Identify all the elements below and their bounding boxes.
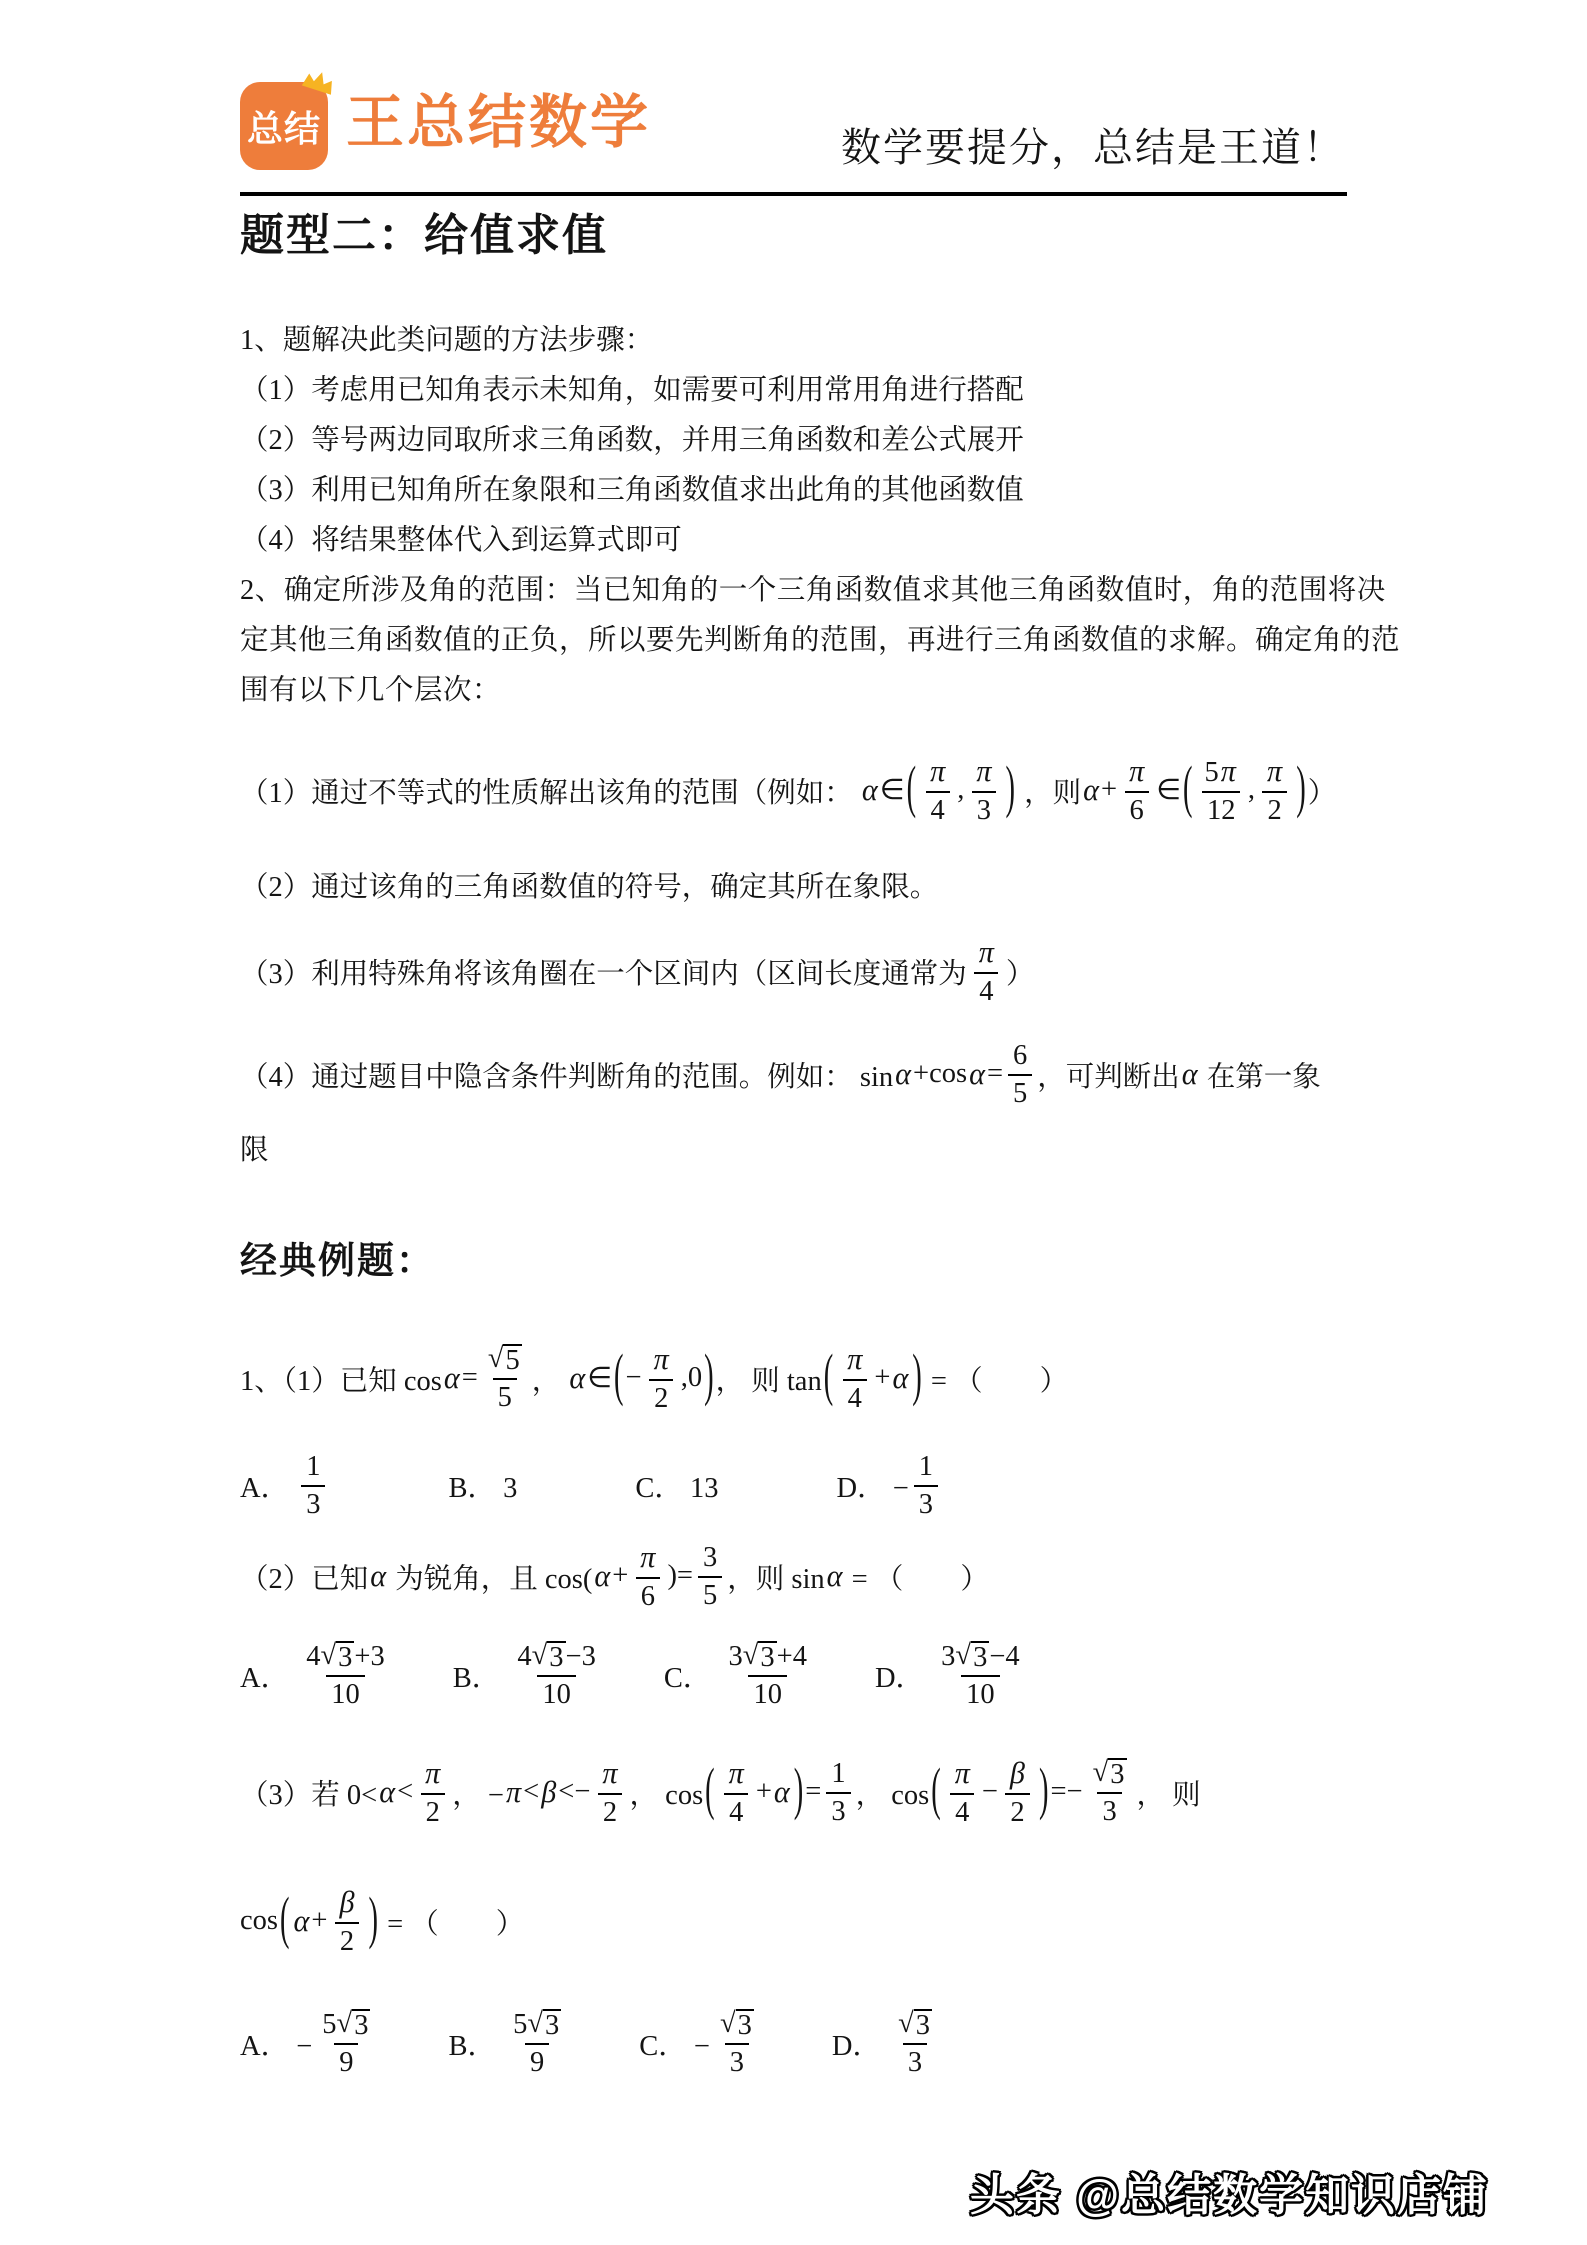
level-line-1: （1）通过不等式的性质解出该角的范围（例如： α∈(π4,π3) ，则α+π6∈…: [240, 742, 1356, 838]
header-divider: [240, 192, 1347, 196]
question-2-stem: （2）已知α 为锐角，且 cos(α+π6)=35，则 sinα = （ ）: [240, 1532, 1356, 1620]
examples-heading: 经典例题：: [240, 1230, 1356, 1284]
worksheet-page: 总结 王总结数学 数学要提分，总结是王道！ 题型二：给值求值 1、题解决此类问题…: [0, 0, 1587, 2245]
question-1-stem: 1、（1）已知 cosα=√55， α∈(−π2,0)， 则 tan(π4+α)…: [240, 1326, 1356, 1430]
answer-option-d: D． −13: [837, 1446, 944, 1524]
method-step-1: （1）考虑用已知角表示未知角，如需要可利用常用角进行搭配: [240, 366, 1356, 416]
range-line-1: 2、确定所涉及角的范围：当已知角的一个三角函数值求其他三角函数值时，角的范围将决: [240, 566, 1356, 616]
level-line-4-continuation: 限: [240, 1126, 1356, 1176]
watermark: 头条 @总结数学知识店铺: [970, 2159, 1489, 2223]
answer-option-a: A． 4√3+310: [240, 1636, 395, 1714]
logo-badge-text: 总结: [247, 101, 321, 152]
level-line-3: （3）利用特殊角将该角圈在一个区间内（区间长度通常为π4）: [240, 926, 1356, 1016]
answer-option-a: A． −5√39: [240, 2004, 380, 2082]
question-1-answers: A． 13 B． 3 C． 13 D． −13: [240, 1446, 1356, 1524]
question-3-answers: A． −5√39 B． 5√39 C． −√33 D． √33: [240, 2004, 1356, 2082]
method-step-3: （3）利用已知角所在象限和三角函数值求出此角的其他函数值: [240, 466, 1356, 516]
answer-option-c: C． 13: [635, 1446, 718, 1524]
brand-slogan: 数学要提分，总结是王道！: [841, 128, 1345, 170]
answer-option-b: B． 5√39: [448, 2004, 571, 2082]
crown-icon: [299, 65, 339, 98]
method-step-2: （2）等号两边同取所求三角函数，并用三角函数和差公式展开: [240, 416, 1356, 466]
brand-logo: 总结 王总结数学: [240, 82, 651, 170]
answer-option-d: D． √33: [832, 2004, 942, 2082]
brand-name: 王总结数学: [346, 94, 651, 158]
answer-option-b: B． 3: [448, 1446, 517, 1524]
answer-option-c: C． 3√3+410: [664, 1636, 817, 1714]
range-line-3: 围有以下几个层次：: [240, 666, 1356, 716]
method-step-4: （4）将结果整体代入到运算式即可: [240, 516, 1356, 566]
method-intro: 1、题解决此类问题的方法步骤：: [240, 316, 1356, 366]
question-2-answers: A． 4√3+310 B． 4√3−310 C． 3√3+410 D． 3√3−…: [240, 1636, 1356, 1714]
level-line-2: （2）通过该角的三角函数值的符号，确定其所在象限。: [240, 856, 1356, 912]
question-3-stem-line-2: cos(α+β2) = （ ）: [240, 1866, 1356, 1976]
answer-option-a: A． 13: [240, 1446, 330, 1524]
page-title: 题型二：给值求值: [240, 212, 1356, 260]
level-line-4: （4）通过题目中隐含条件判断角的范围。例如： sinα+cosα=65，可判断出…: [240, 1028, 1356, 1120]
answer-option-c: C． −√33: [639, 2004, 764, 2082]
range-paragraph: 2、确定所涉及角的范围：当已知角的一个三角函数值求其他三角函数值时，角的范围将决…: [240, 566, 1356, 716]
logo-badge: 总结: [240, 82, 328, 170]
answer-option-d: D． 3√3−410: [875, 1636, 1030, 1714]
answer-option-b: B． 4√3−310: [453, 1636, 606, 1714]
page-header: 总结 王总结数学 数学要提分，总结是王道！: [240, 62, 1345, 170]
document-body: 题型二：给值求值 1、题解决此类问题的方法步骤： （1）考虑用已知角表示未知角，…: [240, 212, 1356, 2082]
question-3-stem-line-1: （3）若 0<α<π2， −π<β<−π2， cos(π4+α)=13， cos…: [240, 1736, 1356, 1848]
range-line-2: 定其他三角函数值的正负，所以要先判断角的范围，再进行三角函数值的求解。确定角的范: [240, 616, 1356, 666]
